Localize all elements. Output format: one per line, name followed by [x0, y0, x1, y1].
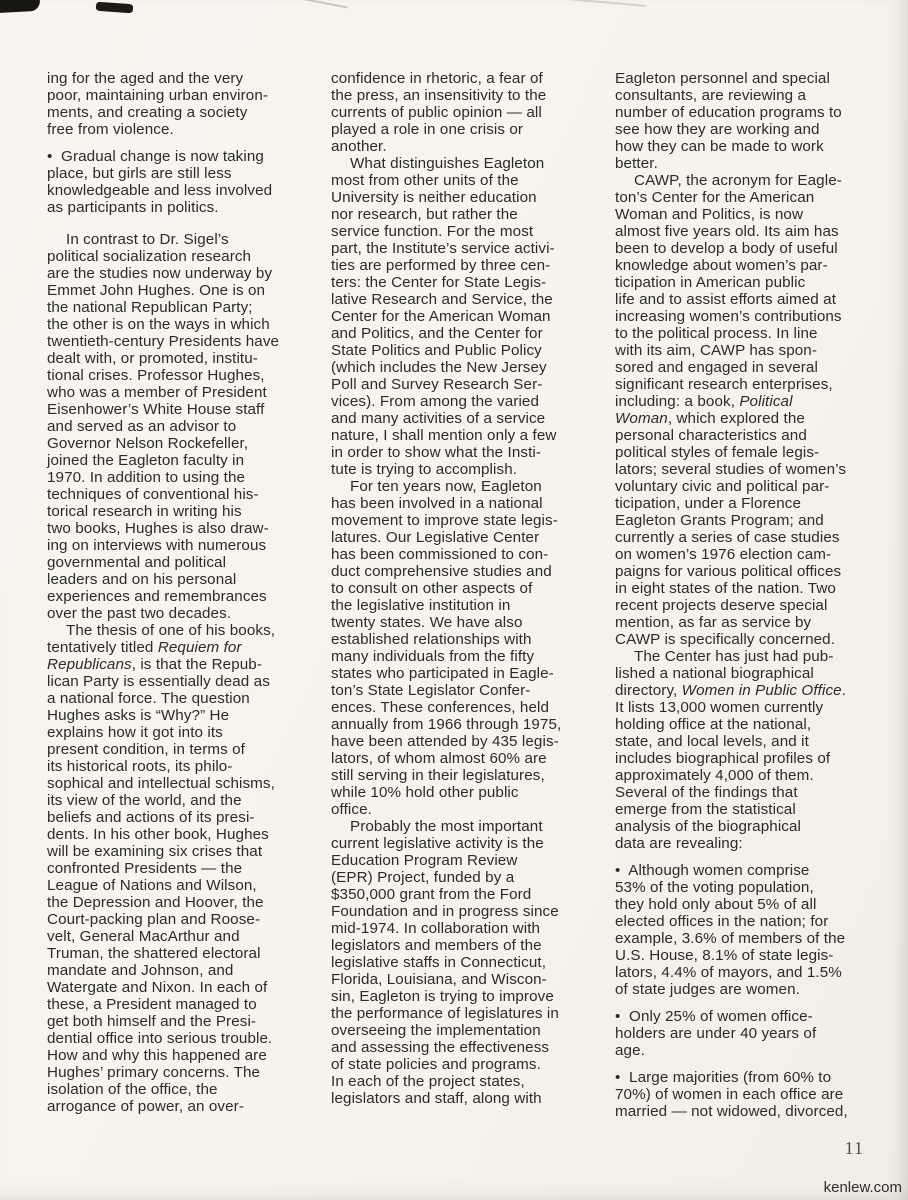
- text-line: they hold only about 5% of all: [615, 896, 877, 913]
- text-line: poor, maintaining urban environ-: [47, 87, 309, 104]
- text-line: legislators and staff, along with: [331, 1090, 593, 1107]
- text-line: ton’s State Legislator Confer-: [331, 682, 593, 699]
- text-line: in order to show what the Insti-: [331, 444, 593, 461]
- text-line: overseeing the implementation: [331, 1022, 593, 1039]
- text-line: over the past two decades.: [47, 605, 309, 622]
- text-line: present condition, in terms of: [47, 741, 309, 758]
- text-line: age.: [615, 1042, 877, 1059]
- text-line: ing on interviews with numerous: [47, 537, 309, 554]
- paragraph: What distinguishes Eagletonmost from oth…: [331, 155, 593, 478]
- text-line: dential office into serious trouble.: [47, 1030, 309, 1047]
- text-line: dents. In his other book, Hughes: [47, 826, 309, 843]
- text-line: What distinguishes Eagleton: [331, 155, 593, 172]
- text-line: currently a series of case studies: [615, 529, 877, 546]
- text-line: to consult on other aspects of: [331, 580, 593, 597]
- text-line: many individuals from the fifty: [331, 648, 593, 665]
- text-line: CAWP is specifically concerned.: [615, 631, 877, 648]
- text-line: mid-1974. In collaboration with: [331, 920, 593, 937]
- text-line: data are revealing:: [615, 835, 877, 852]
- text-line: Foundation and in progress since: [331, 903, 593, 920]
- text-line: In each of the project states,: [331, 1073, 593, 1090]
- text-line: (EPR) Project, funded by a: [331, 869, 593, 886]
- text-line: Hughes’ primary concerns. The: [47, 1064, 309, 1081]
- paragraph: Eagleton personnel and specialconsultant…: [615, 70, 877, 172]
- text-line: knowledge about women’s par-: [615, 257, 877, 274]
- text-line: lators, 4.4% of mayors, and 1.5%: [615, 964, 877, 981]
- text-line: holders are under 40 years of: [615, 1025, 877, 1042]
- text-line: and served as an advisor to: [47, 418, 309, 435]
- text-line: almost five years old. Its aim has: [615, 223, 877, 240]
- text-line: Several of the findings that: [615, 784, 877, 801]
- text-line: on women’s 1976 election cam-: [615, 546, 877, 563]
- text-line: ton’s Center for the American: [615, 189, 877, 206]
- text-line: significant research enterprises,: [615, 376, 877, 393]
- text-line: nor research, but rather the: [331, 206, 593, 223]
- text-line: CAWP, the acronym for Eagle-: [615, 172, 877, 189]
- text-line: lative Research and Service, the: [331, 291, 593, 308]
- text-line: and Politics, and the Center for: [331, 325, 593, 342]
- article-body: ing for the aged and the verypoor, maint…: [0, 0, 908, 1120]
- text-line: dealt with, or promoted, institu-: [47, 350, 309, 367]
- text-line: Eagleton personnel and special: [615, 70, 877, 87]
- text-line: increasing women’s contributions: [615, 308, 877, 325]
- text-line: current legislative activity is the: [331, 835, 593, 852]
- text-line: latures. Our Legislative Center: [331, 529, 593, 546]
- text-line: legislative staffs in Connecticut,: [331, 954, 593, 971]
- text-line: the national Republican Party;: [47, 299, 309, 316]
- text-line: (which includes the New Jersey: [331, 359, 593, 376]
- text-line: lished a national biographical: [615, 665, 877, 682]
- text-line: voluntary civic and political par-: [615, 478, 877, 495]
- text-line: a national force. The question: [47, 690, 309, 707]
- text-line: been to develop a body of useful: [615, 240, 877, 257]
- text-line: Governor Nelson Rockefeller,: [47, 435, 309, 452]
- text-line: its view of the world, and the: [47, 792, 309, 809]
- text-line: ences. These conferences, held: [331, 699, 593, 716]
- text-line: mention, as far as service by: [615, 614, 877, 631]
- text-line: elected offices in the nation; for: [615, 913, 877, 930]
- text-line: free from violence.: [47, 121, 309, 138]
- text-line: and many activities of a service: [331, 410, 593, 427]
- text-line: example, 3.6% of members of the: [615, 930, 877, 947]
- page-number: 11: [845, 1138, 864, 1159]
- text-line: as participants in politics.: [47, 199, 309, 216]
- text-line: still serving in their legislatures,: [331, 767, 593, 784]
- text-line: joined the Eagleton faculty in: [47, 452, 309, 469]
- paragraph: • Although women comprise53% of the voti…: [615, 862, 877, 998]
- text-line: holding office at the national,: [615, 716, 877, 733]
- paragraph: For ten years now, Eagletonhas been invo…: [331, 478, 593, 818]
- text-line: nature, I shall mention only a few: [331, 427, 593, 444]
- text-line: of state policies and programs.: [331, 1056, 593, 1073]
- text-line: confidence in rhetoric, a fear of: [331, 70, 593, 87]
- text-line: played a role in one crisis or: [331, 121, 593, 138]
- text-line: Probably the most important: [331, 818, 593, 835]
- paragraph: • Only 25% of women office-holders are u…: [615, 1008, 877, 1059]
- text-line: annually from 1966 through 1975,: [331, 716, 593, 733]
- text-line: personal characteristics and: [615, 427, 877, 444]
- text-line: • Gradual change is now taking: [47, 148, 309, 165]
- text-line: political socialization research: [47, 248, 309, 265]
- text-line: has been commissioned to con-: [331, 546, 593, 563]
- text-line: techniques of conventional his-: [47, 486, 309, 503]
- text-line: torical research in writing his: [47, 503, 309, 520]
- text-line: the legislative institution in: [331, 597, 593, 614]
- text-line: • Large majorities (from 60% to: [615, 1069, 877, 1086]
- text-line: with its aim, CAWP has spon-: [615, 342, 877, 359]
- text-line: leaders and on his personal: [47, 571, 309, 588]
- text-line: explains how it got into its: [47, 724, 309, 741]
- text-line: • Although women comprise: [615, 862, 877, 879]
- text-line: How and why this happened are: [47, 1047, 309, 1064]
- text-line: Woman, which explored the: [615, 410, 877, 427]
- text-line: has been involved in a national: [331, 495, 593, 512]
- text-line: vices). From among the varied: [331, 393, 593, 410]
- text-column-2: confidence in rhetoric, a fear ofthe pre…: [331, 70, 593, 1120]
- text-line: sophical and intellectual schisms,: [47, 775, 309, 792]
- text-line: its historical roots, its philo-: [47, 758, 309, 775]
- text-column-1: ing for the aged and the verypoor, maint…: [47, 70, 309, 1120]
- paragraph: Probably the most importantcurrent legis…: [331, 818, 593, 1107]
- paragraph: The thesis of one of his books,tentative…: [47, 622, 309, 1115]
- text-line: approximately 4,000 of them.: [615, 767, 877, 784]
- text-line: 1970. In addition to using the: [47, 469, 309, 486]
- text-line: paigns for various political offices: [615, 563, 877, 580]
- text-line: states who participated in Eagle-: [331, 665, 593, 682]
- text-line: In contrast to Dr. Sigel’s: [47, 231, 309, 248]
- text-line: sin, Eagleton is trying to improve: [331, 988, 593, 1005]
- text-line: legislators and members of the: [331, 937, 593, 954]
- text-line: ties are performed by three cen-: [331, 257, 593, 274]
- text-line: beliefs and actions of its presi-: [47, 809, 309, 826]
- text-line: most from other units of the: [331, 172, 593, 189]
- text-line: get both himself and the Presi-: [47, 1013, 309, 1030]
- text-line: tional crises. Professor Hughes,: [47, 367, 309, 384]
- text-line: mandate and Johnson, and: [47, 962, 309, 979]
- text-line: Hughes asks is “Why?” He: [47, 707, 309, 724]
- text-line: currents of public opinion — all: [331, 104, 593, 121]
- text-line: to the political process. In line: [615, 325, 877, 342]
- text-line: The Center has just had pub-: [615, 648, 877, 665]
- text-line: the Depression and Hoover, the: [47, 894, 309, 911]
- paragraph: • Large majorities (from 60% to70%) of w…: [615, 1069, 877, 1120]
- text-line: experiences and remembrances: [47, 588, 309, 605]
- text-line: governmental and political: [47, 554, 309, 571]
- text-line: It lists 13,000 women currently: [615, 699, 877, 716]
- text-line: the other is on the ways in which: [47, 316, 309, 333]
- watermark: kenlew.com: [824, 1179, 902, 1196]
- text-line: confronted Presidents — the: [47, 860, 309, 877]
- text-line: ments, and creating a society: [47, 104, 309, 121]
- text-line: recent projects deserve special: [615, 597, 877, 614]
- text-line: Eisenhower’s White House staff: [47, 401, 309, 418]
- paragraph: In contrast to Dr. Sigel’spolitical soci…: [47, 231, 309, 622]
- text-line: including: a book, Political: [615, 393, 877, 410]
- text-line: lican Party is essentially dead as: [47, 673, 309, 690]
- text-line: League of Nations and Wilson,: [47, 877, 309, 894]
- text-line: velt, General MacArthur and: [47, 928, 309, 945]
- paragraph: • Gradual change is now takingplace, but…: [47, 148, 309, 216]
- text-line: arrogance of power, an over-: [47, 1098, 309, 1115]
- text-line: movement to improve state legis-: [331, 512, 593, 529]
- text-line: tute is trying to accomplish.: [331, 461, 593, 478]
- text-line: ticipation in American public: [615, 274, 877, 291]
- text-line: established relationships with: [331, 631, 593, 648]
- text-line: place, but girls are still less: [47, 165, 309, 182]
- text-line: Truman, the shattered electoral: [47, 945, 309, 962]
- text-line: $350,000 grant from the Ford: [331, 886, 593, 903]
- text-line: another.: [331, 138, 593, 155]
- text-line: Court-packing plan and Roose-: [47, 911, 309, 928]
- paragraph: The Center has just had pub-lished a nat…: [615, 648, 877, 852]
- text-line: number of education programs to: [615, 104, 877, 121]
- text-line: ticipation, under a Florence: [615, 495, 877, 512]
- text-line: better.: [615, 155, 877, 172]
- text-line: Education Program Review: [331, 852, 593, 869]
- text-line: State Politics and Public Policy: [331, 342, 593, 359]
- text-line: lators; several studies of women’s: [615, 461, 877, 478]
- text-line: • Only 25% of women office-: [615, 1008, 877, 1025]
- text-line: ing for the aged and the very: [47, 70, 309, 87]
- text-line: For ten years now, Eagleton: [331, 478, 593, 495]
- text-line: analysis of the biographical: [615, 818, 877, 835]
- text-line: while 10% hold other public: [331, 784, 593, 801]
- text-line: service function. For the most: [331, 223, 593, 240]
- text-line: Woman and Politics, is now: [615, 206, 877, 223]
- text-line: in eight states of the nation. Two: [615, 580, 877, 597]
- text-line: Poll and Survey Research Ser-: [331, 376, 593, 393]
- text-line: political styles of female legis-: [615, 444, 877, 461]
- text-line: who was a member of President: [47, 384, 309, 401]
- text-line: duct comprehensive studies and: [331, 563, 593, 580]
- text-line: Watergate and Nixon. In each of: [47, 979, 309, 996]
- text-line: knowledgeable and less involved: [47, 182, 309, 199]
- text-line: are the studies now underway by: [47, 265, 309, 282]
- text-line: state, and local levels, and it: [615, 733, 877, 750]
- text-line: includes biographical profiles of: [615, 750, 877, 767]
- text-line: sored and engaged in several: [615, 359, 877, 376]
- text-line: see how they are working and: [615, 121, 877, 138]
- text-line: tentatively titled Requiem for: [47, 639, 309, 656]
- text-line: twenty states. We have also: [331, 614, 593, 631]
- text-line: twentieth-century Presidents have: [47, 333, 309, 350]
- paragraph: CAWP, the acronym for Eagle-ton’s Center…: [615, 172, 877, 648]
- text-line: and assessing the effectiveness: [331, 1039, 593, 1056]
- text-line: these, a President managed to: [47, 996, 309, 1013]
- text-line: 53% of the voting population,: [615, 879, 877, 896]
- text-line: 70%) of women in each office are: [615, 1086, 877, 1103]
- text-line: the performance of legislatures in: [331, 1005, 593, 1022]
- text-line: consultants, are reviewing a: [615, 87, 877, 104]
- text-line: The thesis of one of his books,: [47, 622, 309, 639]
- text-line: part, the Institute’s service activi-: [331, 240, 593, 257]
- text-line: Eagleton Grants Program; and: [615, 512, 877, 529]
- text-line: office.: [331, 801, 593, 818]
- text-line: married — not widowed, divorced,: [615, 1103, 877, 1120]
- text-line: will be examining six crises that: [47, 843, 309, 860]
- text-column-3: Eagleton personnel and specialconsultant…: [615, 70, 877, 1120]
- text-line: lators, of whom almost 60% are: [331, 750, 593, 767]
- paragraph: confidence in rhetoric, a fear ofthe pre…: [331, 70, 593, 155]
- text-line: Florida, Louisiana, and Wiscon-: [331, 971, 593, 988]
- paragraph: ing for the aged and the verypoor, maint…: [47, 70, 309, 138]
- text-line: directory, Women in Public Office.: [615, 682, 877, 699]
- text-line: the press, an insensitivity to the: [331, 87, 593, 104]
- text-line: have been attended by 435 legis-: [331, 733, 593, 750]
- text-line: Emmet John Hughes. One is on: [47, 282, 309, 299]
- text-line: life and to assist efforts aimed at: [615, 291, 877, 308]
- text-line: of state judges are women.: [615, 981, 877, 998]
- text-line: Republicans, is that the Repub-: [47, 656, 309, 673]
- document-page: ing for the aged and the verypoor, maint…: [0, 0, 908, 1200]
- text-line: isolation of the office, the: [47, 1081, 309, 1098]
- text-line: how they can be made to work: [615, 138, 877, 155]
- text-line: University is neither education: [331, 189, 593, 206]
- text-line: emerge from the statistical: [615, 801, 877, 818]
- text-line: two books, Hughes is also draw-: [47, 520, 309, 537]
- text-line: ters: the Center for State Legis-: [331, 274, 593, 291]
- text-line: U.S. House, 8.1% of state legis-: [615, 947, 877, 964]
- text-line: Center for the American Woman: [331, 308, 593, 325]
